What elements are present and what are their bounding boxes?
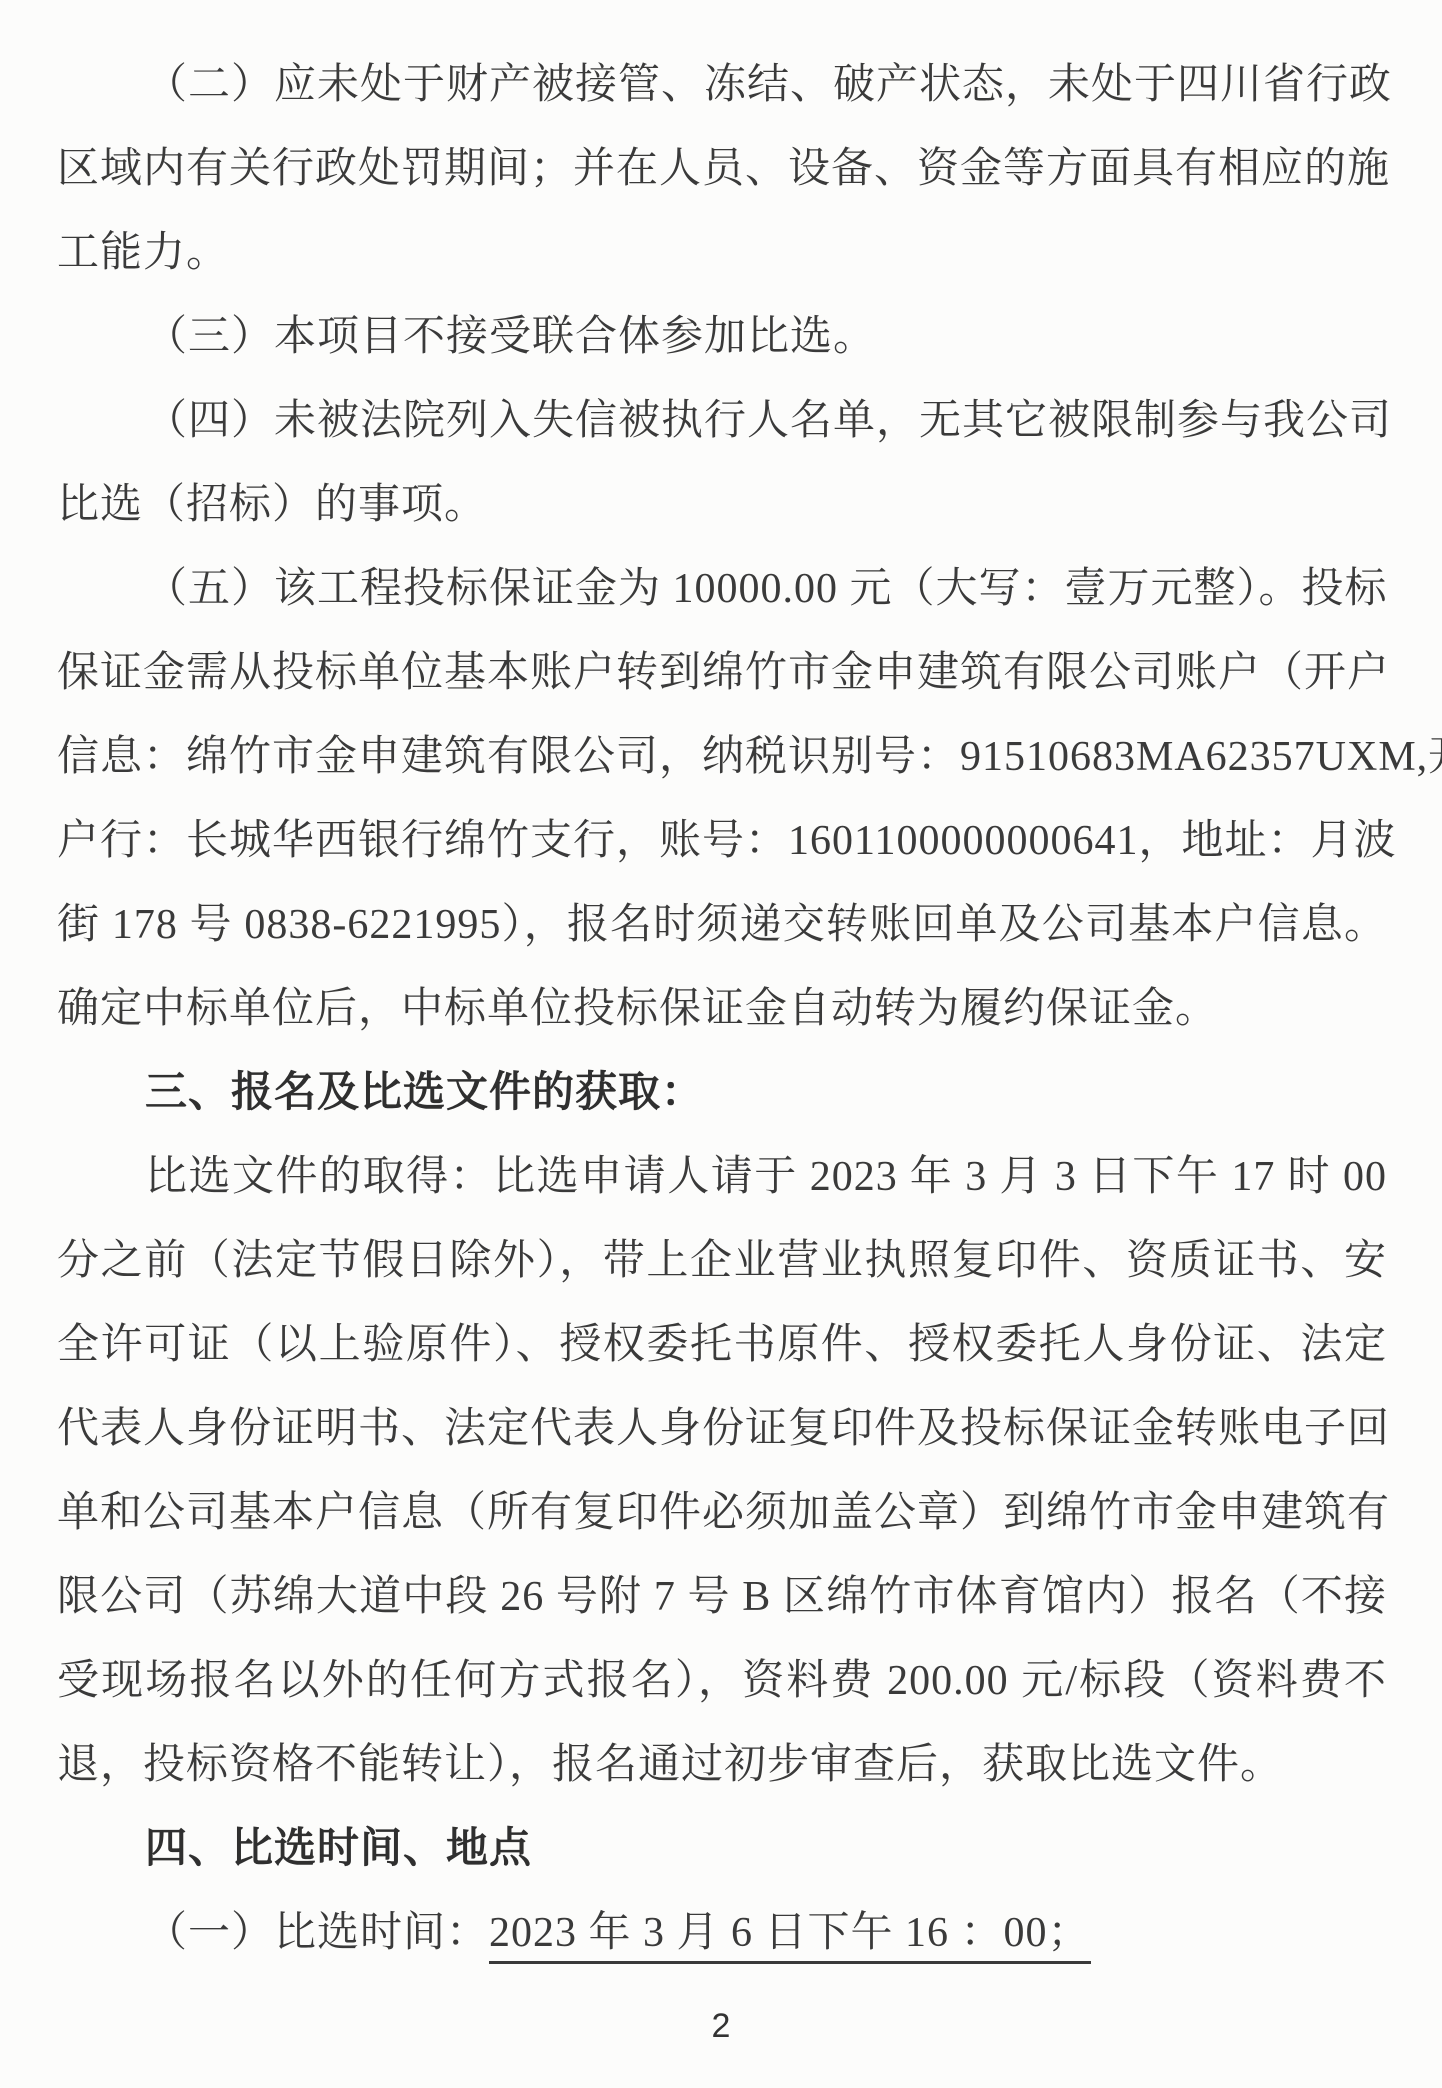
text-segment: 单和公司基本户信息（所有复印件必须加盖公章）到绵竹市金申建筑有 [57,1490,1390,1536]
para-5-line-3: 信息：绵竹市金申建筑有限公司，纳税识别号：91510683MA62357UXM,… [57,715,1387,799]
para-6-line-5: 单和公司基本户信息（所有复印件必须加盖公章）到绵竹市金申建筑有 [57,1471,1387,1555]
para-6-line-1: 比选文件的取得：比选申请人请于 2023 年 3 月 3 日下午 17 时 00 [57,1135,1387,1219]
text-segment: 区域内有关行政处罚期间；并在人员、设备、资金等方面具有相应的施 [57,146,1390,192]
text-segment: 退，投标资格不能转让），报名通过初步审查后，获取比选文件。 [57,1742,1283,1788]
para-2-line-1: （二）应未处于财产被接管、冻结、破产状态，未处于四川省行政 [57,43,1387,127]
text-segment: 全许可证（以上验原件）、授权委托书原件、授权委托人身份证、法定 [57,1322,1387,1368]
para-2-line-2: 区域内有关行政处罚期间；并在人员、设备、资金等方面具有相应的施 [57,127,1387,211]
text-segment: （三）本项目不接受联合体参加比选。 [145,314,876,360]
text-segment: 比选文件的取得：比选申请人请于 2023 年 3 月 3 日下午 17 时 00 [145,1154,1387,1200]
text-segment: 四、比选时间、地点 [145,1826,532,1872]
text-segment: （一）比选时间： [145,1910,489,1956]
para-4-line-2: 比选（招标）的事项。 [57,463,1387,547]
text-segment: 三、报名及比选文件的获取： [145,1070,704,1116]
text-segment: 限公司（苏绵大道中段 26 号附 7 号 B 区绵竹市体育馆内）报名（不接 [57,1574,1387,1620]
para-6-line-6: 限公司（苏绵大道中段 26 号附 7 号 B 区绵竹市体育馆内）报名（不接 [57,1555,1387,1639]
para-5-line-5: 街 178 号 0838-6221995），报名时须递交转账回单及公司基本户信息… [57,883,1387,967]
para-2-line-3: 工能力。 [57,211,1387,295]
section-heading-3: 三、报名及比选文件的获取： [57,1051,1387,1135]
text-segment: 街 178 号 0838-6221995），报名时须递交转账回单及公司基本户信息… [57,902,1387,948]
para-4-line-1: （四）未被法院列入失信被执行人名单，无其它被限制参与我公司 [57,379,1387,463]
document-page: （二）应未处于财产被接管、冻结、破产状态，未处于四川省行政区域内有关行政处罚期间… [0,0,1442,2088]
page-number: 2 [0,2004,1442,2048]
text-segment: 代表人身份证明书、法定代表人身份证复印件及投标保证金转账电子回 [57,1406,1390,1452]
text-segment: 工能力。 [57,230,229,276]
para-5-line-2: 保证金需从投标单位基本账户转到绵竹市金申建筑有限公司账户（开户 [57,631,1387,715]
para-7-line-1: （一）比选时间：2023 年 3 月 6 日下午 16 ：00； [57,1891,1387,1975]
section-heading-4: 四、比选时间、地点 [57,1807,1387,1891]
text-segment: 受现场报名以外的任何方式报名），资料费 200.00 元/标段（资料费不 [57,1658,1387,1704]
text-segment: 分之前（法定节假日除外），带上企业营业执照复印件、资质证书、安 [57,1238,1387,1284]
para-5-line-1: （五）该工程投标保证金为 10000.00 元（大写：壹万元整）。投标 [57,547,1387,631]
text-segment: 信息：绵竹市金申建筑有限公司，纳税识别号：91510683MA62357UXM,… [57,734,1442,780]
para-6-line-2: 分之前（法定节假日除外），带上企业营业执照复印件、资质证书、安 [57,1219,1387,1303]
text-segment: 比选（招标）的事项。 [57,482,487,528]
para-6-line-4: 代表人身份证明书、法定代表人身份证复印件及投标保证金转账电子回 [57,1387,1387,1471]
document-body: （二）应未处于财产被接管、冻结、破产状态，未处于四川省行政区域内有关行政处罚期间… [57,43,1387,1975]
text-segment: 确定中标单位后，中标单位投标保证金自动转为履约保证金。 [57,986,1218,1032]
para-6-line-8: 退，投标资格不能转让），报名通过初步审查后，获取比选文件。 [57,1723,1387,1807]
para-6-line-7: 受现场报名以外的任何方式报名），资料费 200.00 元/标段（资料费不 [57,1639,1387,1723]
text-segment: 保证金需从投标单位基本账户转到绵竹市金申建筑有限公司账户（开户 [57,650,1390,696]
text-segment: 户行：长城华西银行绵竹支行，账号：1601100000000641，地址：月波 [57,818,1396,864]
text-segment: （四）未被法院列入失信被执行人名单，无其它被限制参与我公司 [145,398,1392,444]
para-5-line-4: 户行：长城华西银行绵竹支行，账号：1601100000000641，地址：月波 [57,799,1387,883]
text-segment: （五）该工程投标保证金为 10000.00 元（大写：壹万元整）。投标 [145,566,1388,612]
underlined-text: 2023 年 3 月 6 日下午 16 ：00； [489,1910,1091,1964]
para-5-line-6: 确定中标单位后，中标单位投标保证金自动转为履约保证金。 [57,967,1387,1051]
para-3-line-1: （三）本项目不接受联合体参加比选。 [57,295,1387,379]
text-segment: （二）应未处于财产被接管、冻结、破产状态，未处于四川省行政 [145,62,1392,108]
para-6-line-3: 全许可证（以上验原件）、授权委托书原件、授权委托人身份证、法定 [57,1303,1387,1387]
